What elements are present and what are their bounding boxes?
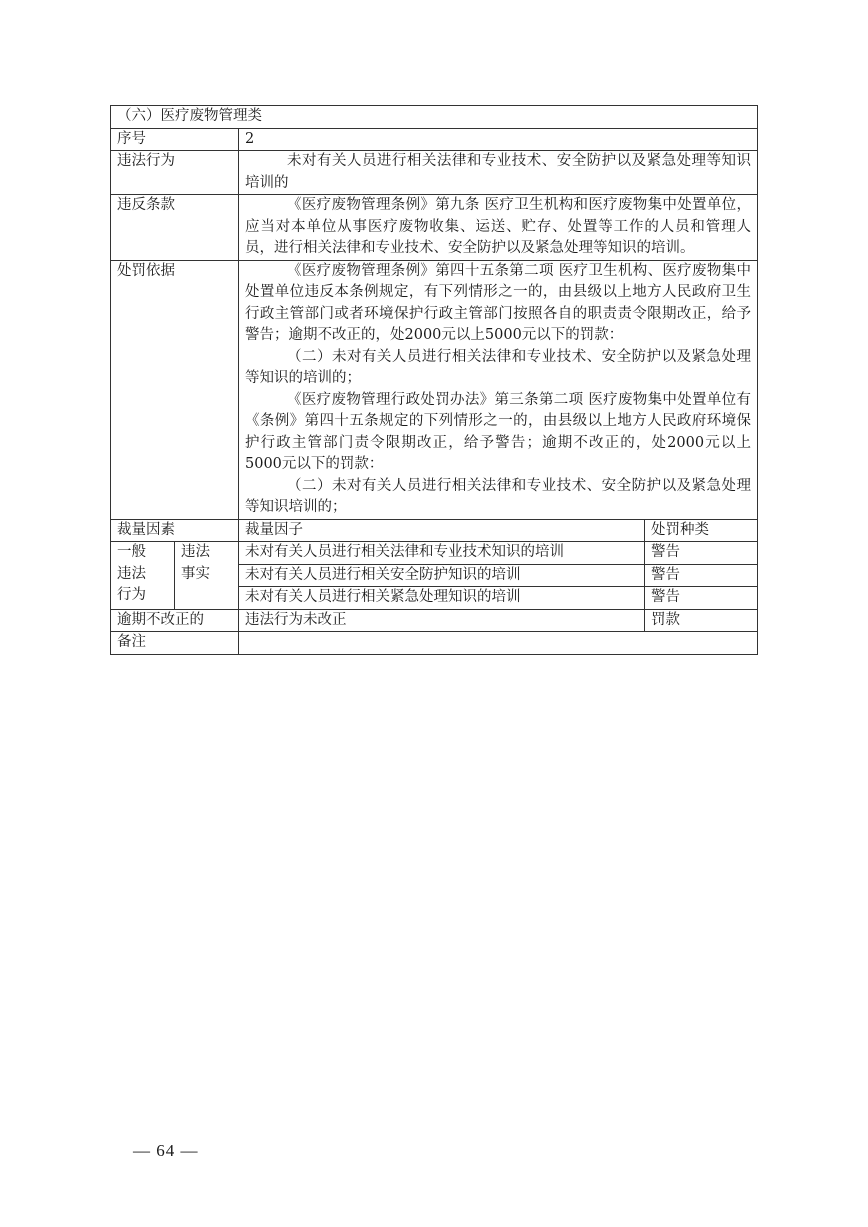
discretion-factor: 未对有关人员进行相关法律和专业技术知识的培训 xyxy=(239,542,645,565)
violated-clause-row: 违反条款 《医疗废物管理条例》第九条 医疗卫生机构和医疗废物集中处置单位，应当对… xyxy=(111,195,758,261)
penalty-basis-label: 处罚依据 xyxy=(111,260,239,519)
discretion-detail-header: 裁量因子 xyxy=(239,519,645,542)
penalty-basis-paragraph: （二）未对有关人员进行相关法律和专业技术、安全防护以及紧急处理等知识的培训的； xyxy=(245,347,751,390)
category-line: 行为 xyxy=(117,585,168,607)
category-line: 一般 xyxy=(117,542,168,564)
subcategory-line: 违法 xyxy=(181,542,232,564)
overdue-label: 逾期不改正的 xyxy=(111,609,239,632)
violation-label: 违法行为 xyxy=(111,151,239,195)
penalty-basis-paragraph: 《医疗废物管理条例》第四十五条第二项 医疗卫生机构、医疗废物集中处置单位违反本条… xyxy=(245,261,751,347)
discretion-factor: 未对有关人员进行相关安全防护知识的培训 xyxy=(239,564,645,587)
general-violation-category: 一般 违法 行为 xyxy=(111,542,175,610)
discretion-header-row: 裁量因素 裁量因子 处罚种类 xyxy=(111,519,758,542)
penalty-basis-value: 《医疗废物管理条例》第四十五条第二项 医疗卫生机构、医疗废物集中处置单位违反本条… xyxy=(239,260,758,519)
section-title: （六）医疗废物管理类 xyxy=(111,106,758,129)
serial-row: 序号 2 xyxy=(111,128,758,151)
subcategory-line: 事实 xyxy=(181,564,232,586)
violation-fact-subcategory: 违法 事实 xyxy=(175,542,239,610)
remarks-row: 备注 xyxy=(111,632,758,655)
remarks-label: 备注 xyxy=(111,632,239,655)
overdue-factor: 违法行为未改正 xyxy=(239,609,645,632)
penalty-type-header: 处罚种类 xyxy=(645,519,758,542)
penalty-type: 警告 xyxy=(645,587,758,610)
section-title-row: （六）医疗废物管理类 xyxy=(111,106,758,129)
remarks-value xyxy=(239,632,758,655)
discretion-row: 一般 违法 行为 违法 事实 未对有关人员进行相关法律和专业技术知识的培训 警告 xyxy=(111,542,758,565)
overdue-row: 逾期不改正的 违法行为未改正 罚款 xyxy=(111,609,758,632)
violated-clause-label: 违反条款 xyxy=(111,195,239,261)
penalty-type: 警告 xyxy=(645,564,758,587)
penalty-basis-paragraph: （二）未对有关人员进行相关法律和专业技术、安全防护以及紧急处理等知识培训的； xyxy=(245,476,751,519)
serial-label: 序号 xyxy=(111,128,239,151)
penalty-type: 警告 xyxy=(645,542,758,565)
discretion-factor: 未对有关人员进行相关紧急处理知识的培训 xyxy=(239,587,645,610)
penalty-basis-paragraph: 《医疗废物管理行政处罚办法》第三条第二项 医疗废物集中处置单位有《条例》第四十五… xyxy=(245,390,751,476)
serial-value: 2 xyxy=(239,128,758,151)
overdue-penalty: 罚款 xyxy=(645,609,758,632)
page-number: — 64 — xyxy=(133,1141,199,1161)
violation-row: 违法行为 未对有关人员进行相关法律和专业技术、安全防护以及紧急处理等知识培训的 xyxy=(111,151,758,195)
penalty-standard-table: （六）医疗废物管理类 序号 2 违法行为 未对有关人员进行相关法律和专业技术、安… xyxy=(110,105,758,655)
violation-value: 未对有关人员进行相关法律和专业技术、安全防护以及紧急处理等知识培训的 xyxy=(239,151,758,195)
violated-clause-value: 《医疗废物管理条例》第九条 医疗卫生机构和医疗废物集中处置单位，应当对本单位从事… xyxy=(239,195,758,261)
category-line: 违法 xyxy=(117,564,168,586)
discretion-factor-header: 裁量因素 xyxy=(111,519,239,542)
penalty-basis-row: 处罚依据 《医疗废物管理条例》第四十五条第二项 医疗卫生机构、医疗废物集中处置单… xyxy=(111,260,758,519)
